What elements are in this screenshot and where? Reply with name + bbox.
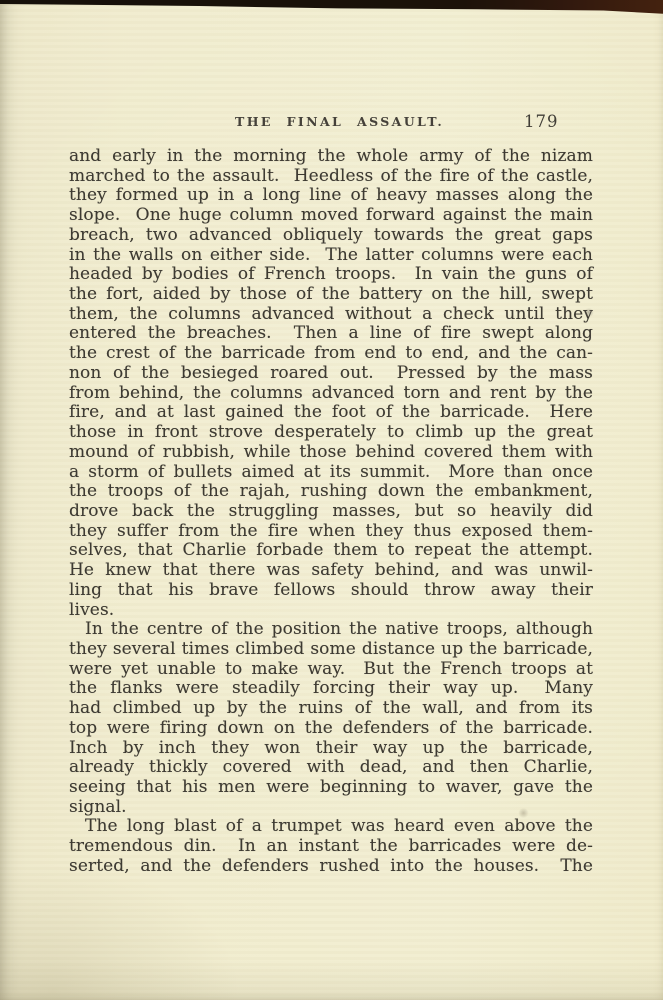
text-line: Inch by inch they won their way up the b… — [69, 739, 593, 759]
text-line: ling that his brave fellows should throw… — [69, 581, 593, 601]
page-number: 179 — [524, 112, 554, 131]
running-title: THE FINAL ASSAULT. — [235, 114, 444, 129]
text-line: them, the columns advanced without a che… — [69, 305, 593, 325]
text-line: tremendous din. In an instant the barric… — [69, 837, 593, 857]
text-line: breach, two advanced obliquely towards t… — [69, 226, 593, 246]
text-line: already thickly covered with dead, and t… — [69, 758, 593, 778]
text-line: the fort, aided by those of the battery … — [69, 285, 593, 305]
text-line: the crest of the barricade from end to e… — [69, 344, 593, 364]
body-text: and early in the morning the whole army … — [69, 147, 593, 877]
text-line: seeing that his men were beginning to wa… — [69, 778, 593, 798]
text-line: the troops of the rajah, rushing down th… — [69, 482, 593, 502]
text-line: The long blast of a trumpet was heard ev… — [69, 817, 593, 837]
text-line: non of the besieged roared out. Pressed … — [69, 364, 593, 384]
text-line: they several times climbed some distance… — [69, 640, 593, 660]
text-line: in the walls on either side. The latter … — [69, 246, 593, 266]
text-line: and early in the morning the whole army … — [69, 147, 593, 167]
text-line: drove back the struggling masses, but so… — [69, 502, 593, 522]
text-line: mound of rubbish, while those behind cov… — [69, 443, 593, 463]
text-line: signal. — [69, 798, 593, 818]
text-line: the flanks were steadily forcing their w… — [69, 679, 593, 699]
text-line: lives. — [69, 601, 593, 621]
text-line: had climbed up by the ruins of the wall,… — [69, 699, 593, 719]
text-line: a storm of bullets aimed at its summit. … — [69, 463, 593, 483]
text-line: top were firing down on the defenders of… — [69, 719, 593, 739]
text-line: fire, and at last gained the foot of the… — [69, 403, 593, 423]
text-line: were yet unable to make way. But the Fre… — [69, 660, 593, 680]
text-line: In the centre of the position the native… — [69, 620, 593, 640]
text-line: from behind, the columns advanced torn a… — [69, 384, 593, 404]
text-line: He knew that there was safety behind, an… — [69, 561, 593, 581]
text-line: slope. One huge column moved forward aga… — [69, 206, 593, 226]
text-line: they formed up in a long line of heavy m… — [69, 186, 593, 206]
text-line: serted, and the defenders rushed into th… — [69, 857, 593, 877]
text-line: selves, that Charlie forbade them to rep… — [69, 541, 593, 561]
text-line: marched to the assault. Heedless of the … — [69, 167, 593, 187]
text-line: entered the breaches. Then a line of fir… — [69, 324, 593, 344]
text-line: those in front strove desperately to cli… — [69, 423, 593, 443]
book-edge-top — [0, 0, 663, 15]
text-line: headed by bodies of French troops. In va… — [69, 265, 593, 285]
book-page-scan: THE FINAL ASSAULT. 179 and early in the … — [0, 0, 663, 1000]
text-line: they suffer from the fire when they thus… — [69, 522, 593, 542]
